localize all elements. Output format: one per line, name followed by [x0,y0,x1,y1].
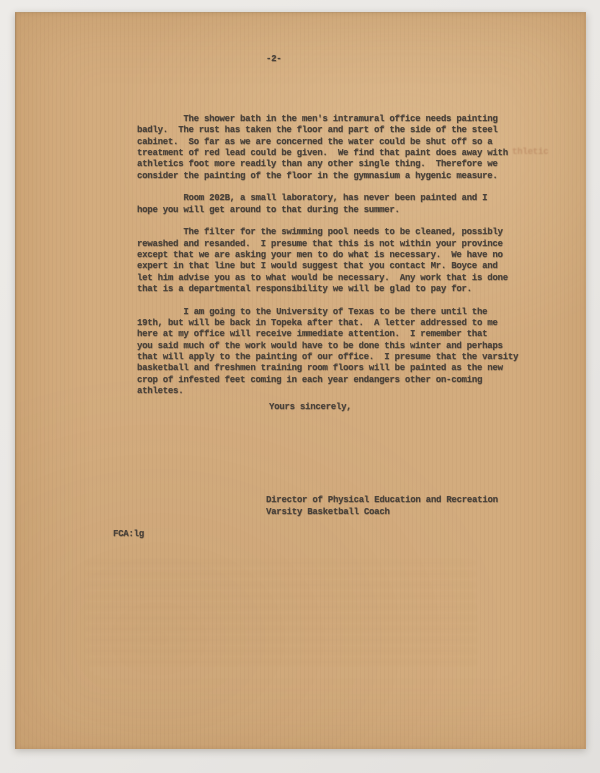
paragraph-pool-filter: The filter for the swimming pool needs t… [137,227,518,295]
page-number: -2- [266,54,281,64]
closing-salutation: Yours sincerely, [269,402,351,412]
scan-background: { "page": { "number": "-2-" }, "letter":… [0,0,600,773]
signature-block: Director of Physical Education and Recre… [266,494,498,519]
letter-body: The shower bath in the men's intramural … [137,114,518,409]
paragraph-room-202b: Room 202B, a small laboratory, has never… [137,193,518,216]
letter-page: -2- The shower bath in the men's intramu… [15,12,586,749]
paragraph-shower-bath: The shower bath in the men's intramural … [137,114,518,182]
ghost-bleedthrough-text: thletic [512,147,548,157]
typist-reference: FCA:lg [113,529,144,539]
paragraph-travel-plans: I am going to the University of Texas to… [137,307,518,398]
